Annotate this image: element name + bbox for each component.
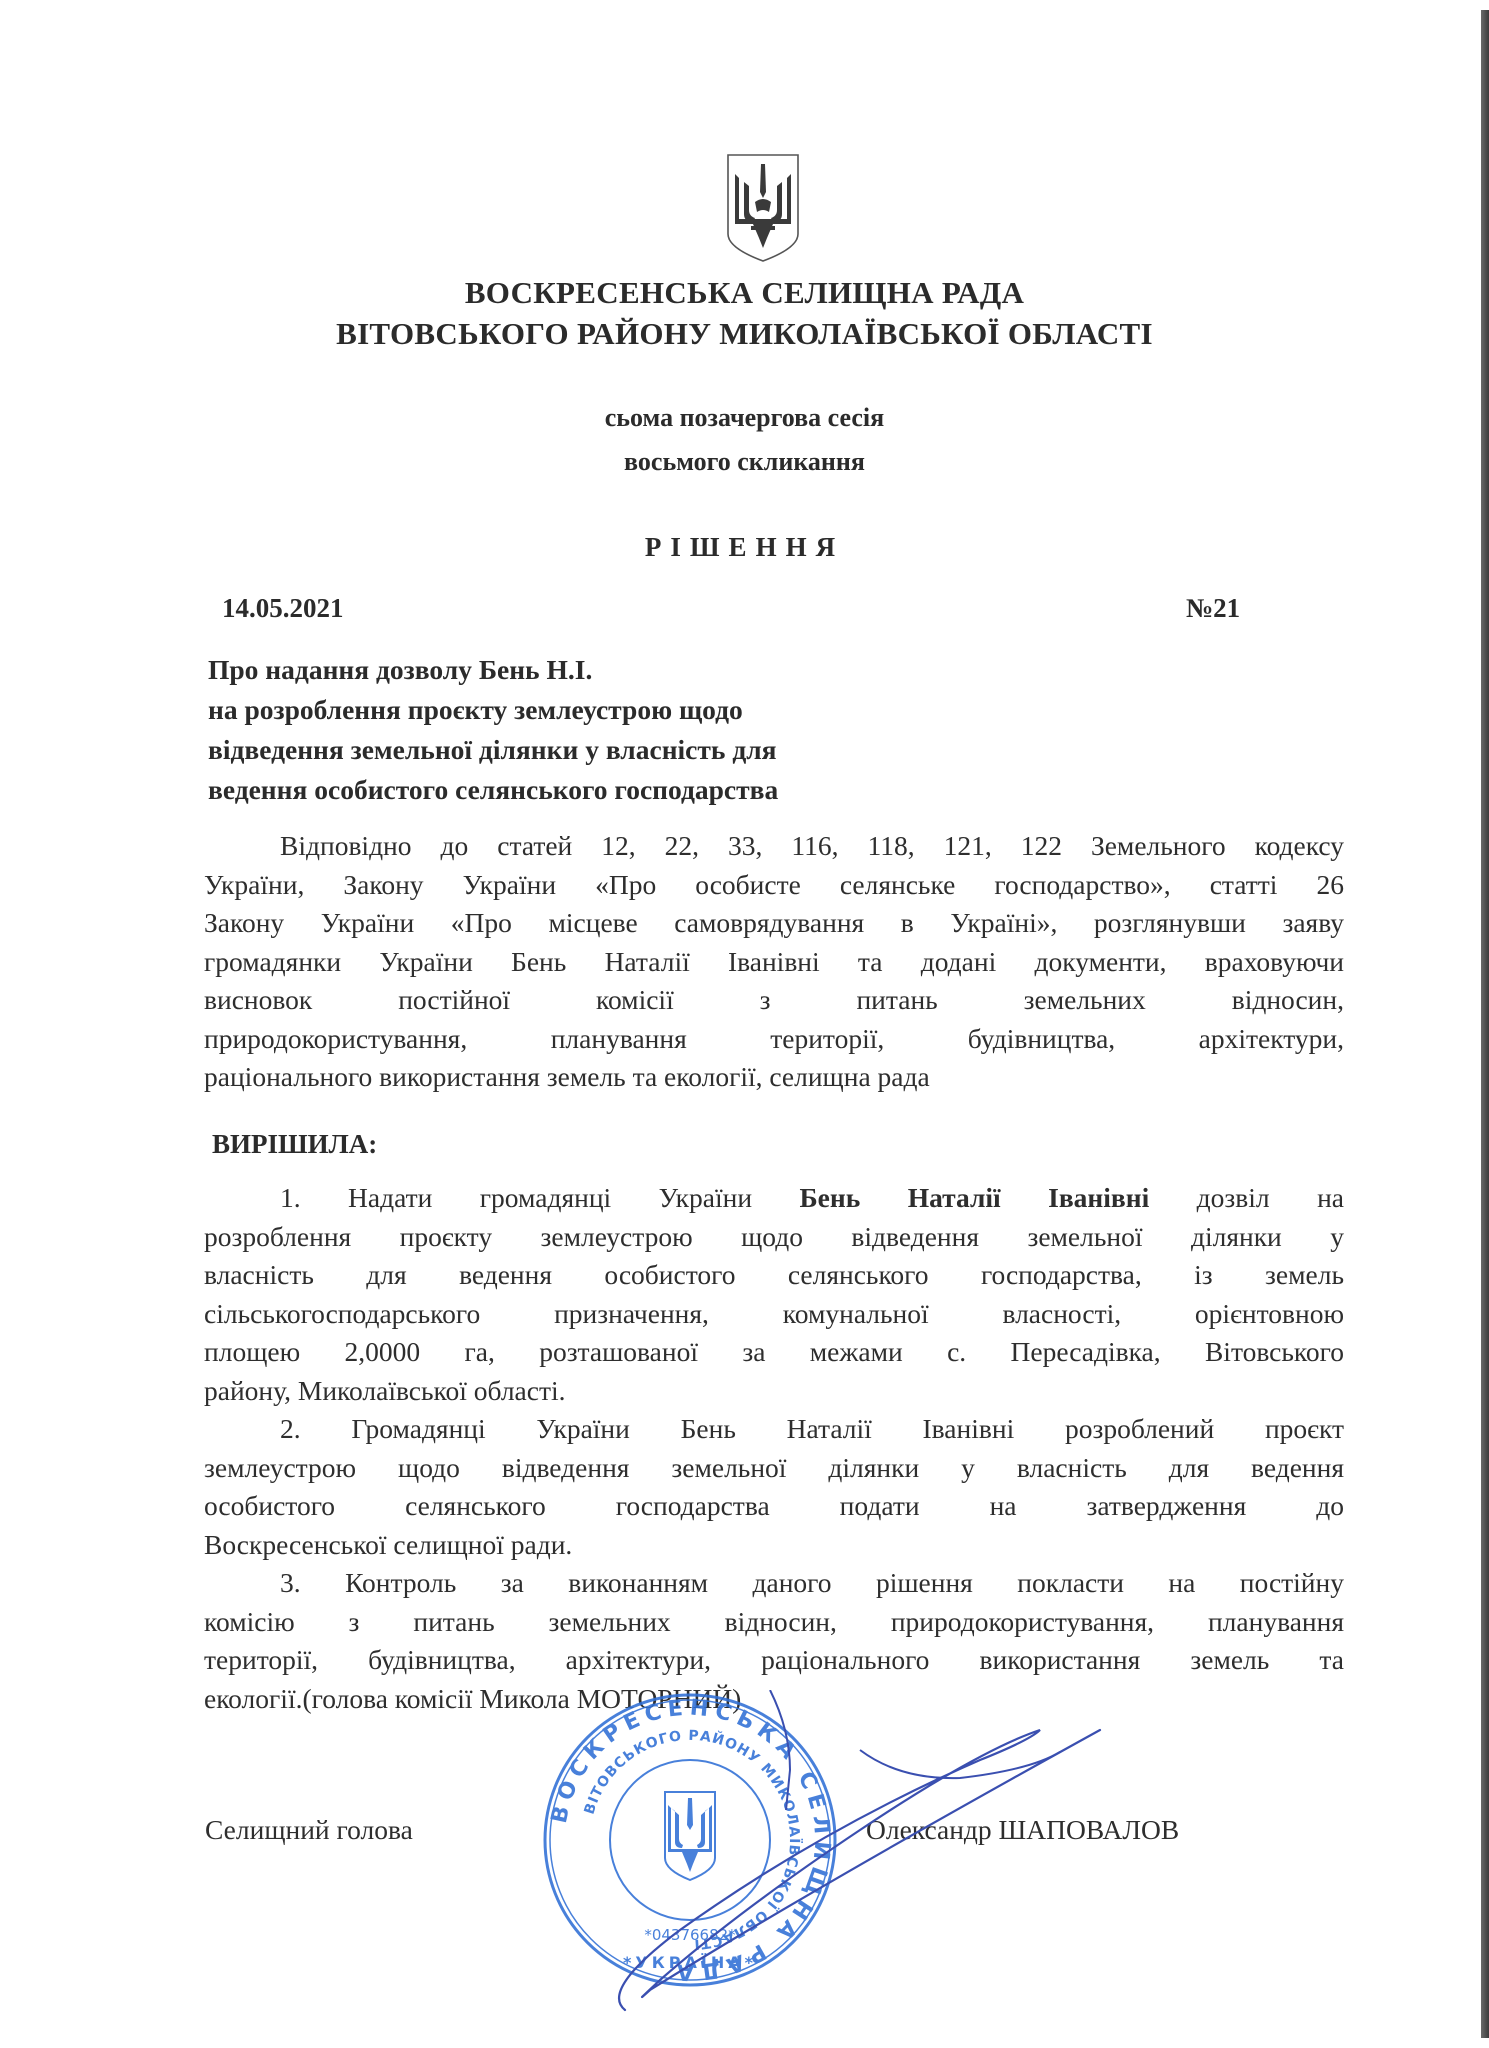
preamble-line: раціонального використання земель та еко…: [204, 1058, 1344, 1097]
applicant-name: Бень Наталії Іванівні: [800, 1182, 1150, 1213]
preamble-line: України, Закону України «Про особисте се…: [204, 866, 1344, 905]
item-line: Воскресенської селищної ради.: [204, 1526, 1344, 1565]
subject-line: відведення земельної ділянки у власність…: [208, 730, 778, 770]
handwritten-signature: [560, 1690, 1120, 2030]
signatory-title: Селищний голова: [205, 1814, 413, 1846]
document-date: 14.05.2021: [222, 593, 344, 624]
item-line: комісію з питань земельних відносин, при…: [204, 1603, 1344, 1642]
document-page: ВОСКРЕСЕНСЬКА СЕЛИЩНА РАДА ВІТОВСЬКОГО Р…: [0, 0, 1489, 2048]
item-line: 3. Контроль за виконанням даного рішення…: [204, 1564, 1344, 1603]
preamble-line: Відповідно до статей 12, 22, 33, 116, 11…: [204, 827, 1344, 866]
item-line: розроблення проєкту землеустрою щодо від…: [204, 1218, 1344, 1257]
item-line: землеустрою щодо відведення земельної ді…: [204, 1449, 1344, 1488]
decision-item-2: 2. Громадянці України Бень Наталії Івані…: [204, 1410, 1344, 1564]
item-line-prefix: 1. Надати громадянці України: [280, 1182, 800, 1213]
subject-line: ведення особистого селянського господарс…: [208, 770, 778, 810]
item-line: 1. Надати громадянці України Бень Наталі…: [204, 1179, 1344, 1218]
preamble-line: висновок постійної комісії з питань земе…: [204, 981, 1344, 1020]
decision-item-1: 1. Надати громадянці України Бень Наталі…: [204, 1179, 1344, 1410]
subject-line: на розроблення проєкту землеустрою щодо: [208, 690, 778, 730]
preamble-paragraph: Відповідно до статей 12, 22, 33, 116, 11…: [204, 827, 1344, 1097]
document-type-title: РІШЕННЯ: [0, 532, 1489, 563]
item-line: сільськогосподарського призначення, кому…: [204, 1295, 1344, 1334]
preamble-line: Закону України «Про місцеве самоврядуван…: [204, 904, 1344, 943]
item-line: особистого селянського господарства пода…: [204, 1487, 1344, 1526]
org-name-line1: ВОСКРЕСЕНСЬКА СЕЛИЩНА РАДА: [0, 275, 1489, 311]
resolved-heading: ВИРІШИЛА:: [212, 1129, 377, 1160]
decision-subject: Про надання дозволу Бень Н.І. на розробл…: [208, 650, 778, 810]
org-name-line2: ВІТОВСЬКОГО РАЙОНУ МИКОЛАЇВСЬКОЇ ОБЛАСТІ: [0, 316, 1489, 352]
preamble-line: громадянки України Бень Наталії Іванівні…: [204, 943, 1344, 982]
item-line-suffix: дозвіл на: [1149, 1182, 1344, 1213]
document-number: №21: [1186, 593, 1240, 624]
item-line: власність для ведення особистого селянсь…: [204, 1256, 1344, 1295]
preamble-line: природокористування, планування територі…: [204, 1020, 1344, 1059]
coat-of-arms-icon: [725, 152, 801, 264]
item-line: району, Миколаївської області.: [204, 1372, 1344, 1411]
session-line1: сьома позачергова сесія: [0, 403, 1489, 433]
subject-line: Про надання дозволу Бень Н.І.: [208, 650, 778, 690]
item-line: 2. Громадянці України Бень Наталії Івані…: [204, 1410, 1344, 1449]
item-line: площею 2,0000 га, розташованої за межами…: [204, 1333, 1344, 1372]
scan-edge-bar: [1481, 10, 1489, 2038]
session-line2: восьмого скликання: [0, 447, 1489, 477]
item-line: території, будівництва, архітектури, рац…: [204, 1641, 1344, 1680]
